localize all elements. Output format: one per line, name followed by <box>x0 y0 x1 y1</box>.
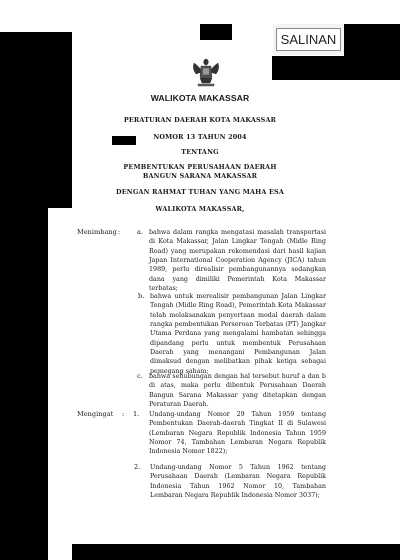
about-heading: TENTANG <box>0 148 400 156</box>
mengingat-item-1: Undang-undang Nomor 29 Tahun 1959 tentan… <box>149 410 326 457</box>
menimbang-marker-a: a. <box>137 228 143 236</box>
menimbang-marker-c: c. <box>137 372 143 380</box>
redaction-left-lower <box>0 208 48 560</box>
menimbang-colon: : <box>118 228 120 236</box>
redaction-top-center <box>200 24 232 40</box>
mengingat-label: Mengingat <box>77 410 113 418</box>
salinan-label: SALINAN <box>276 28 341 51</box>
garuda-emblem-icon <box>188 55 224 91</box>
subject-line-1: PEMBENTUKAN PERUSAHAAN DAERAH <box>0 163 400 171</box>
menimbang-label: Menimbang <box>77 228 117 236</box>
regulation-title: PERATURAN DAERAH KOTA MAKASSAR <box>0 116 400 124</box>
subject-line-2: BANGUN SARANA MAKASSAR <box>0 172 400 180</box>
menimbang-item-c: bahwa sehubungan dengan hal tersebut hur… <box>149 372 326 409</box>
mengingat-marker-1: 1. <box>133 410 139 418</box>
issuer-title: WALIKOTA MAKASSAR <box>0 93 400 103</box>
salinan-stamp: SALINAN <box>273 24 344 55</box>
mengingat-item-2: Undang-undang Nomor 5 Tahun 1962 tentang… <box>150 463 326 500</box>
mengingat-colon: : <box>122 410 124 418</box>
issuer-comma: WALIKOTA MAKASSAR, <box>0 205 400 213</box>
redaction-right-under-stamp <box>272 56 400 80</box>
redaction-bottom-bar <box>72 544 400 560</box>
menimbang-item-a: bahwa dalam rangka mengatasi masalah tra… <box>149 228 326 293</box>
blessing-line: DENGAN RAHMAT TUHAN YANG MAHA ESA <box>0 188 400 196</box>
regulation-number: NOMOR 13 TAHUN 2004 <box>0 133 400 141</box>
menimbang-item-b: bahwa untuk merealisir pembangunan Jalan… <box>150 292 326 376</box>
mengingat-marker-2: 2. <box>134 463 140 471</box>
menimbang-marker-b: b. <box>138 292 144 300</box>
